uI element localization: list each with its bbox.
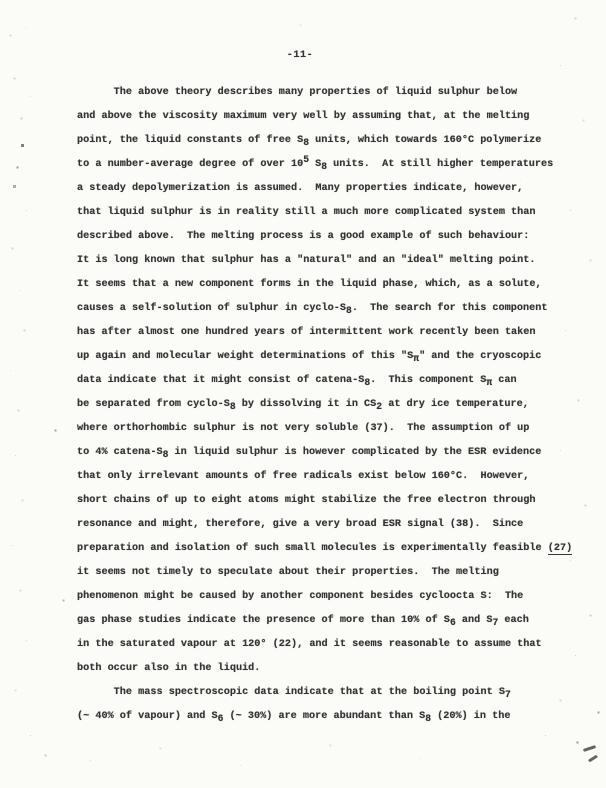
text-line: it seems not timely to speculate about t… — [77, 561, 606, 585]
text-line: where orthorhombic sulphur is not very s… — [77, 417, 606, 441]
text-line: and above the viscosity maximum very wel… — [77, 105, 606, 129]
text-line: be separated from cyclo-S8 by dissolving… — [77, 393, 606, 417]
text-line: resonance and might, therefore, give a v… — [77, 513, 606, 537]
text-line: that only irrelevant amounts of free rad… — [77, 465, 606, 489]
text-line: to a number-average degree of over 105 S… — [77, 153, 606, 177]
text-line: both occur also in the liquid. — [77, 657, 606, 681]
scanned-page: -11- The above theory describes many pro… — [0, 0, 606, 788]
text-line: (~ 40% of vapour) and S6 (~ 30%) are mor… — [77, 705, 606, 729]
text-line: The above theory describes many properti… — [77, 81, 606, 105]
text-line: short chains of up to eight atoms might … — [77, 489, 606, 513]
text-line: point, the liquid constants of free S8 u… — [77, 129, 606, 153]
text-line: causes a self-solution of sulphur in cyc… — [77, 297, 606, 321]
paper-noise-dark — [0, 0, 1, 1]
text-line: to 4% catena-S8 in liquid sulphur is how… — [77, 441, 606, 465]
body-text: The above theory describes many properti… — [77, 81, 606, 729]
text-line: in the saturated vapour at 120° (22), an… — [77, 633, 606, 657]
scan-mark — [583, 745, 596, 752]
text-line: gas phase studies indicate the presence … — [77, 609, 606, 633]
text-line: The mass spectroscopic data indicate tha… — [77, 681, 606, 705]
text-line: preparation and isolation of such small … — [77, 537, 606, 561]
text-line: described above. The melting process is … — [77, 225, 606, 249]
scan-mark — [588, 755, 598, 763]
text-line: up again and molecular weight determinat… — [77, 345, 606, 369]
text-line: has after almost one hundred years of in… — [77, 321, 606, 345]
text-line: a steady depolymerization is assumed. Ma… — [77, 177, 606, 201]
text-line: phenomenon might be caused by another co… — [77, 585, 606, 609]
text-line: It is long known that sulphur has a "nat… — [77, 249, 606, 273]
paper-noise-light — [0, 0, 1, 1]
text-line: data indicate that it might consist of c… — [77, 369, 606, 393]
text-line: It seems that a new component forms in t… — [77, 273, 606, 297]
page-number: -11- — [0, 50, 600, 61]
text-line: that liquid sulphur is in reality still … — [77, 201, 606, 225]
